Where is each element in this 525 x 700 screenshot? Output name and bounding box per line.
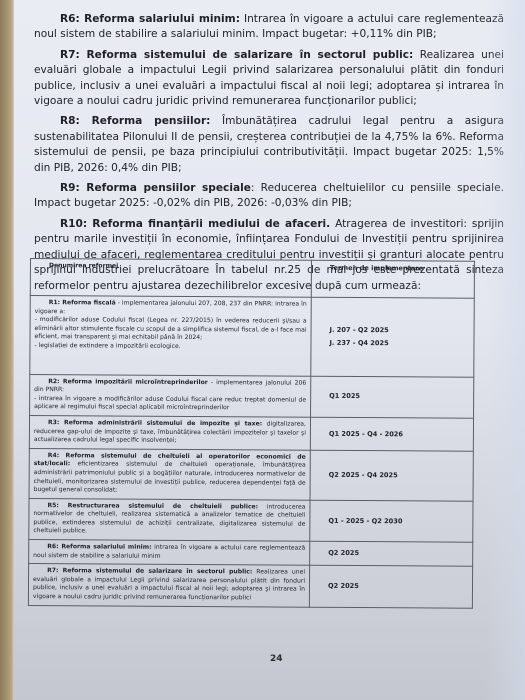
reform-description: R4: Reforma sistemului de cheltuieli al …	[29, 448, 310, 500]
implementation-term: Q1 2025	[311, 376, 474, 418]
implementation-term: Q1 - 2025 - Q2 2030	[310, 500, 473, 542]
paragraph-label: R7: Reforma sistemului de salarizare în …	[60, 49, 413, 61]
table-row: R1: Reforma fiscală - implementarea jalo…	[30, 296, 474, 377]
table-row: R6: Reforma salariului minim: intrarea î…	[29, 540, 473, 567]
reform-summary: R4: Reforma sistemului de cheltuieli al …	[34, 452, 306, 497]
reform-text: eficientizarea sistemului de cheltuieli …	[34, 461, 306, 494]
document-page: R6: Reforma salariului minim: Intrarea î…	[14, 0, 525, 700]
reform-title: R3: Reforma administrării sistemului de …	[48, 419, 262, 427]
reform-description: R5: Restructurarea sistemului de cheltui…	[29, 498, 310, 541]
reform-detail-line: - intrarea în vigoare a modificărilor ad…	[34, 395, 306, 414]
table-row: R4: Reforma sistemului de cheltuieli al …	[29, 448, 473, 501]
term-value: Q2 2025	[328, 582, 468, 591]
paragraph-label: R10: Reforma finanțării mediului de afac…	[60, 218, 330, 230]
term-value: Q1 2025 - Q4 - 2026	[329, 429, 469, 438]
reform-title: R5: Restructurarea sistemului de cheltui…	[47, 502, 258, 510]
term-value: Q2 2025 - Q4 2025	[329, 471, 469, 480]
reform-description: R7: Reforma sistemului de salarizare în …	[28, 564, 309, 607]
term-value: J. 207 - Q2 2025	[330, 326, 470, 335]
implementation-term: Q2 2025	[309, 565, 472, 607]
reform-detail-line: - legislației de extindere a impozitării…	[34, 342, 306, 352]
implementation-term: J. 207 - Q2 2025J. 237 - Q4 2025	[311, 297, 474, 377]
reform-detail-line: - modificărilor aduse Codului fiscal (Le…	[34, 316, 306, 343]
reform-summary: R3: Reforma administrării sistemului de …	[34, 419, 306, 446]
paragraph-r8: R8: Reforma pensiilor: Îmbunătățirea cad…	[34, 114, 504, 176]
reform-summary: R2: Reforma impozitării microîntreprinde…	[34, 378, 306, 397]
term-value: Q1 - 2025 - Q2 2030	[328, 516, 468, 525]
reform-title: R1: Reforma fiscală	[49, 299, 116, 306]
table-row: R5: Restructurarea sistemului de cheltui…	[29, 498, 473, 542]
page-number: 24	[270, 654, 283, 664]
term-value: Q2 2025	[328, 549, 468, 558]
term-value: Q1 2025	[329, 392, 469, 401]
implementation-term: Q1 2025 - Q4 - 2026	[310, 417, 473, 451]
paragraph-label: R9: Reforma pensiilor speciale	[60, 182, 251, 194]
table-header-row: Denumirea reformei Termen de implementar…	[30, 259, 474, 299]
implementation-term: Q2 2025	[310, 541, 473, 566]
paragraph-label: R8: Reforma pensiilor:	[60, 115, 210, 127]
reform-title: R2: Reforma impozitării microîntreprinde…	[48, 378, 208, 386]
term-value: J. 237 - Q4 2025	[329, 339, 469, 348]
reform-summary: R6: Reforma salariului minim: intrarea î…	[33, 543, 305, 562]
header-implementation-term: Termen de implementare	[311, 260, 474, 298]
paragraph-r7: R7: Reforma sistemului de salarizare în …	[34, 48, 504, 110]
table-body: R1: Reforma fiscală - implementarea jalo…	[28, 296, 474, 608]
paragraph-r6: R6: Reforma salariului minim: Intrarea î…	[34, 12, 504, 43]
paragraph-label: R6: Reforma salariului minim:	[60, 13, 240, 25]
implementation-term: Q2 2025 - Q4 2025	[310, 450, 473, 501]
table-row: R2: Reforma impozitării microîntreprinde…	[30, 374, 474, 418]
table-row: R7: Reforma sistemului de salarizare în …	[28, 564, 472, 608]
reform-description: R3: Reforma administrării sistemului de …	[29, 415, 310, 449]
reform-summary: R7: Reforma sistemului de salarizare în …	[33, 567, 305, 603]
reform-description: R6: Reforma salariului minim: intrarea î…	[29, 540, 310, 566]
reform-title: R7: Reforma sistemului de salarizare în …	[47, 567, 252, 575]
reform-summary: R1: Reforma fiscală - implementarea jalo…	[35, 299, 307, 318]
reform-description: R2: Reforma impozitării microîntreprinde…	[30, 374, 311, 417]
reform-title: R6: Reforma salariului minim:	[47, 543, 151, 551]
body-text: R6: Reforma salariului minim: Intrarea î…	[34, 12, 504, 299]
table-row: R3: Reforma administrării sistemului de …	[29, 415, 473, 450]
paragraph-r9: R9: Reforma pensiilor speciale: Reducere…	[34, 181, 504, 212]
header-reform-name: Denumirea reformei	[30, 259, 311, 298]
reform-description: R1: Reforma fiscală - implementarea jalo…	[30, 296, 311, 376]
reforms-table: Denumirea reformei Termen de implementar…	[28, 258, 475, 608]
reform-summary: R5: Restructurarea sistemului de cheltui…	[33, 502, 305, 538]
